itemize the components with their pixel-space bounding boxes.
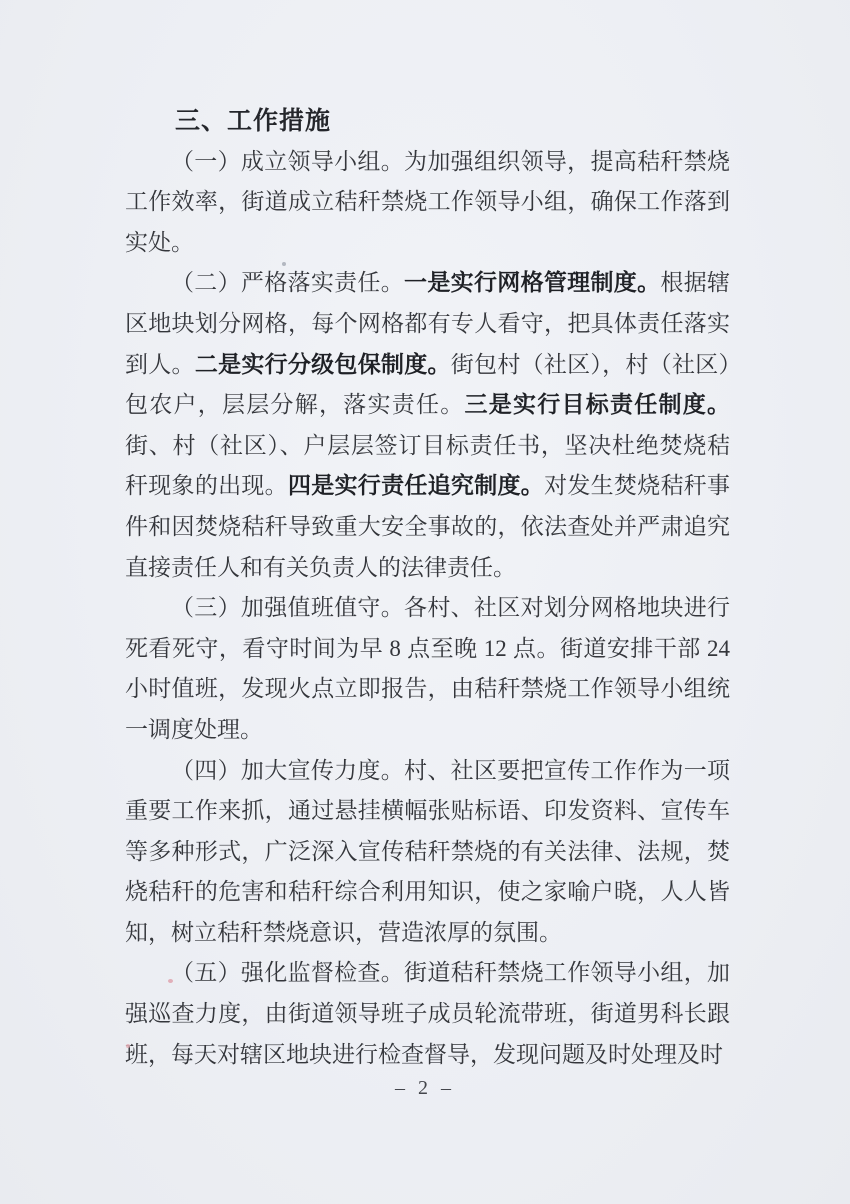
scan-speck bbox=[282, 262, 286, 266]
text-run: （二）严格落实责任。 bbox=[171, 270, 404, 295]
para-strict-responsibility: （二）严格落实责任。一是实行网格管理制度。根据辖区地块划分网格，每个网格都有专人… bbox=[125, 263, 730, 588]
paragraph-container: （一）成立领导小组。为加强组织领导，提高秸秆禁烧工作效率，街道成立秸秆禁烧工作领… bbox=[125, 142, 730, 1076]
bold-text-run: 二是实行分级包保制度。 bbox=[195, 352, 451, 377]
text-run: （三）加强值班值守。 bbox=[171, 595, 404, 620]
text-run: 村、社区要把宣传工作作为一项重要工作来抓，通过悬挂横幅张贴标语、印发资料、宣传车… bbox=[125, 758, 730, 945]
bold-text-run: 一是实行网格管理制度。 bbox=[404, 270, 660, 295]
text-run: （一）成立领导小组。 bbox=[171, 149, 404, 174]
document-body: 三、工作措施 （一）成立领导小组。为加强组织领导，提高秸秆禁烧工作效率，街道成立… bbox=[125, 101, 730, 1075]
bold-text-run: 四是实行责任追究制度。 bbox=[288, 473, 544, 498]
bold-text-run: 三是实行目标责任制度。 bbox=[465, 392, 731, 417]
scan-speck bbox=[168, 979, 173, 983]
para-establish-leading-group: （一）成立领导小组。为加强组织领导，提高秸秆禁烧工作效率，街道成立秸秆禁烧工作领… bbox=[125, 142, 730, 264]
para-duty-watch: （三）加强值班值守。各村、社区对划分网格地块进行死看死守，看守时间为早 8 点至… bbox=[125, 588, 730, 750]
para-supervision: （五）强化监督检查。街道秸秆禁烧工作领导小组，加强巡查力度，由街道领导班子成员轮… bbox=[125, 953, 730, 1075]
text-run: （五）强化监督检查。 bbox=[171, 960, 404, 985]
section-heading: 三、工作措施 bbox=[125, 101, 730, 142]
scan-speck bbox=[126, 1044, 130, 1048]
page-number: – 2 – bbox=[0, 1074, 850, 1102]
text-run: （四）加大宣传力度。 bbox=[171, 758, 404, 783]
para-publicity: （四）加大宣传力度。村、社区要把宣传工作作为一项重要工作来抓，通过悬挂横幅张贴标… bbox=[125, 751, 730, 954]
scanned-document-page: 三、工作措施 （一）成立领导小组。为加强组织领导，提高秸秆禁烧工作效率，街道成立… bbox=[0, 0, 850, 1204]
